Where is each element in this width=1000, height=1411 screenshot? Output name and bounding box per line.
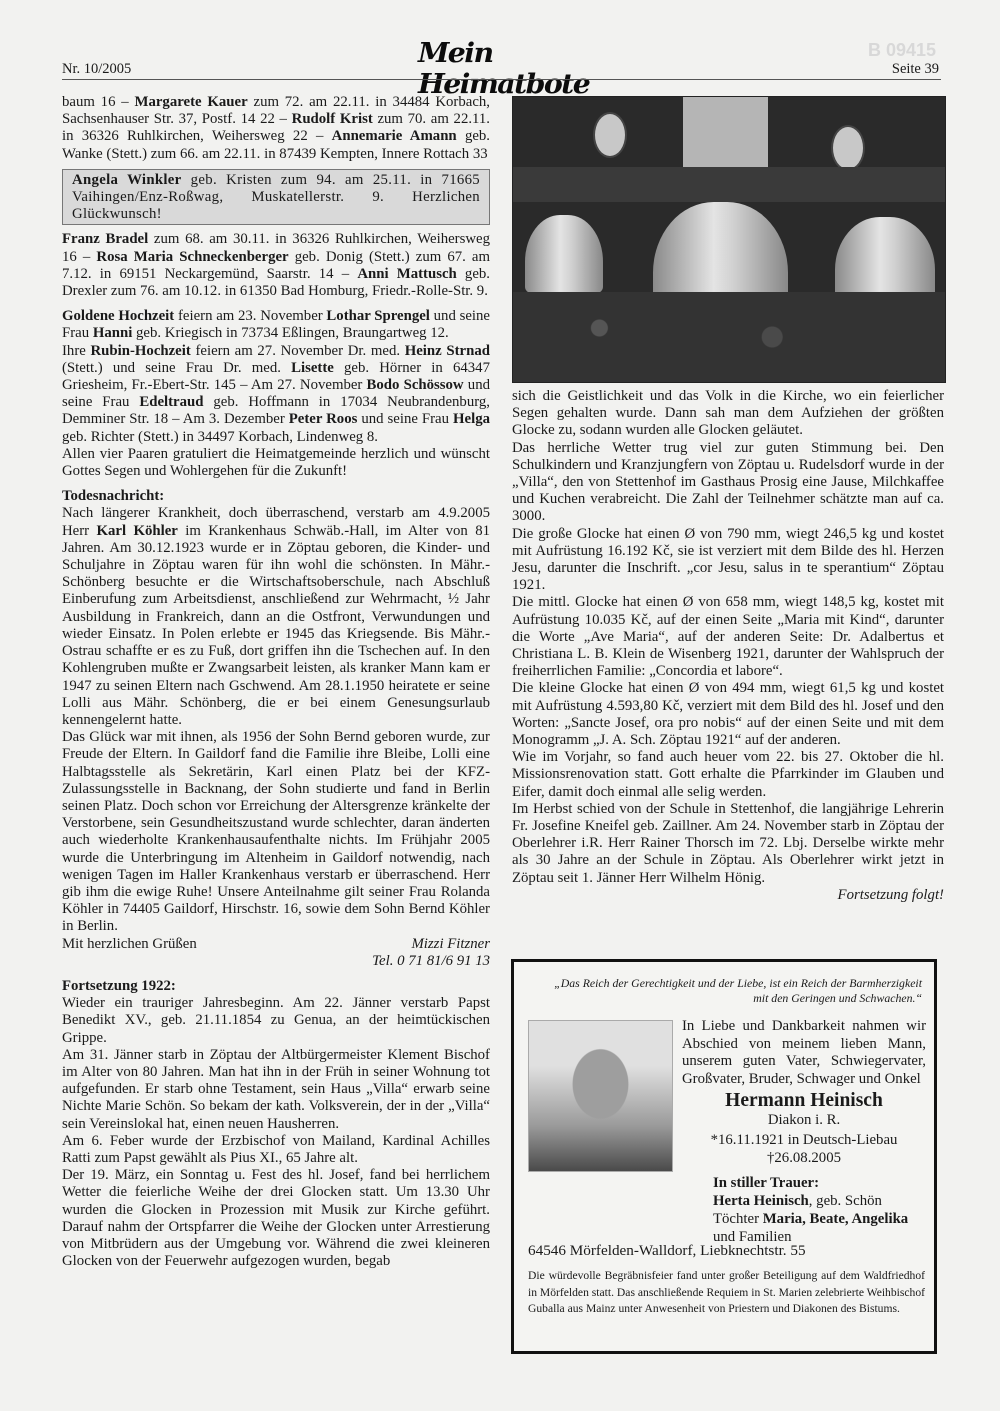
photo-oval-picture-left: [593, 112, 627, 158]
photo-oval-picture-right: [831, 125, 865, 171]
mourners: In stiller Trauer: Herta Heinisch, geb. …: [713, 1174, 933, 1246]
masthead-logo: Mein Heimatbote: [418, 38, 591, 78]
birth-date: *16.11.1921 in Deutsch-Liebau: [679, 1132, 929, 1150]
continuation-paragraph-4: Der 19. März, ein Sonntag u. Fest des hl…: [62, 1167, 490, 1270]
faint-stamp: B 09415: [868, 40, 936, 61]
left-column: baum 16 – Margarete Kauer zum 72. am 22.…: [62, 94, 490, 1270]
deceased-title: Diakon i. R.: [679, 1112, 929, 1129]
congrats-paragraph: Allen vier Paaren gratuliert die Heimatg…: [62, 446, 490, 480]
header-rule: [62, 79, 941, 80]
birthdays-paragraph-1: baum 16 – Margarete Kauer zum 72. am 22.…: [62, 94, 490, 163]
highlight-name: Angela Winkler: [72, 172, 182, 188]
widow-maiden: , geb. Schön: [809, 1193, 882, 1209]
greeting: Mit herzlichen Grüßen: [62, 936, 197, 953]
continuation-paragraph-3: Am 6. Feber wurde der Erzbischof von Mai…: [62, 1133, 490, 1167]
death-date: †26.08.2005: [679, 1150, 929, 1168]
golden-wedding-paragraph: Goldene Hochzeit feiern am 23. November …: [62, 308, 490, 342]
right-paragraph-4: Die mittl. Glocke hat einen Ø von 658 mm…: [512, 594, 944, 680]
continuation-paragraph-1: Wieder ein trauriger Jahresbeginn. Am 22…: [62, 995, 490, 1047]
small-bell-left: [525, 215, 603, 293]
right-paragraph-1: sich die Geistlichkeit und das Volk in d…: [512, 388, 944, 440]
death-notice-paragraph-1: Nach längerer Krankheit, doch überrasche…: [62, 505, 490, 729]
signature-line: Mit herzlichen Grüßen Mizzi Fitzner: [62, 936, 490, 953]
highlight-box: Angela Winkler geb. Kristen zum 94. am 2…: [62, 169, 490, 226]
continuation-heading: Fortsetzung 1922:: [62, 978, 490, 995]
death-notice-heading: Todesnachricht:: [62, 488, 490, 505]
obituary-intro: In Liebe und Dankbarkeit nahmen wir Absc…: [682, 1018, 926, 1088]
photo-banner: [683, 97, 768, 172]
page-number: Seite 39: [892, 61, 939, 78]
funeral-note: Die würdevolle Begräbnisfeier fand unter…: [528, 1268, 925, 1318]
daughters-names: Maria, Beate, Angelika: [763, 1211, 908, 1227]
issue-number: Nr. 10/2005: [62, 61, 131, 78]
author-name: Mizzi Fitzner: [411, 936, 490, 953]
phone-text: Tel. 0 71 81/6 91 13: [372, 953, 490, 969]
obituary-quote: „Das Reich der Gerechtigkeit und der Lie…: [542, 976, 922, 1006]
birthdays-paragraph-2: Franz Bradel zum 68. am 30.11. in 36326 …: [62, 231, 490, 300]
obituary-box: „Das Reich der Gerechtigkeit und der Lie…: [511, 959, 937, 1354]
right-paragraph-7: Im Herbst schied von der Schule in Stett…: [512, 801, 944, 887]
newspaper-page: Nr. 10/2005 Mein Heimatbote B 09415 Seit…: [0, 0, 1000, 1411]
mourning-heading: In stiller Trauer:: [713, 1175, 819, 1191]
author-phone: Tel. 0 71 81/6 91 13: [62, 953, 490, 970]
church-bells-photo: [512, 96, 946, 383]
continuation-paragraph-2: Am 31. Jänner starb in Zöptau der Altbür…: [62, 1047, 490, 1133]
ruby-wedding-paragraph: Ihre Rubin-Hochzeit feiern am 27. Novemb…: [62, 343, 490, 446]
widow-name: Herta Heinisch: [713, 1193, 809, 1209]
photo-garland-bottom: [513, 292, 945, 382]
death-notice-paragraph-2: Das Glück war mit ihnen, als 1956 der So…: [62, 729, 490, 935]
right-paragraph-2: Das herrliche Wetter trug viel zur guten…: [512, 440, 944, 526]
daughters-label: Töchter: [713, 1211, 763, 1227]
portrait-photo: [528, 1020, 673, 1172]
right-paragraph-6: Wie im Vorjahr, so fand auch heuer vom 2…: [512, 749, 944, 801]
family-address: 64546 Mörfelden-Walldorf, Liebknechtstr.…: [528, 1242, 806, 1260]
life-dates: *16.11.1921 in Deutsch-Liebau †26.08.200…: [679, 1132, 929, 1167]
right-paragraph-3: Die große Glocke hat einen Ø von 790 mm,…: [512, 526, 944, 595]
photo-garland-top: [513, 167, 945, 202]
deceased-name: Hermann Heinisch: [679, 1090, 929, 1112]
right-paragraph-5: Die kleine Glocke hat einen Ø von 494 mm…: [512, 680, 944, 749]
right-column: sich die Geistlichkeit und das Volk in d…: [512, 388, 944, 904]
to-be-continued: Fortsetzung folgt!: [512, 887, 944, 904]
